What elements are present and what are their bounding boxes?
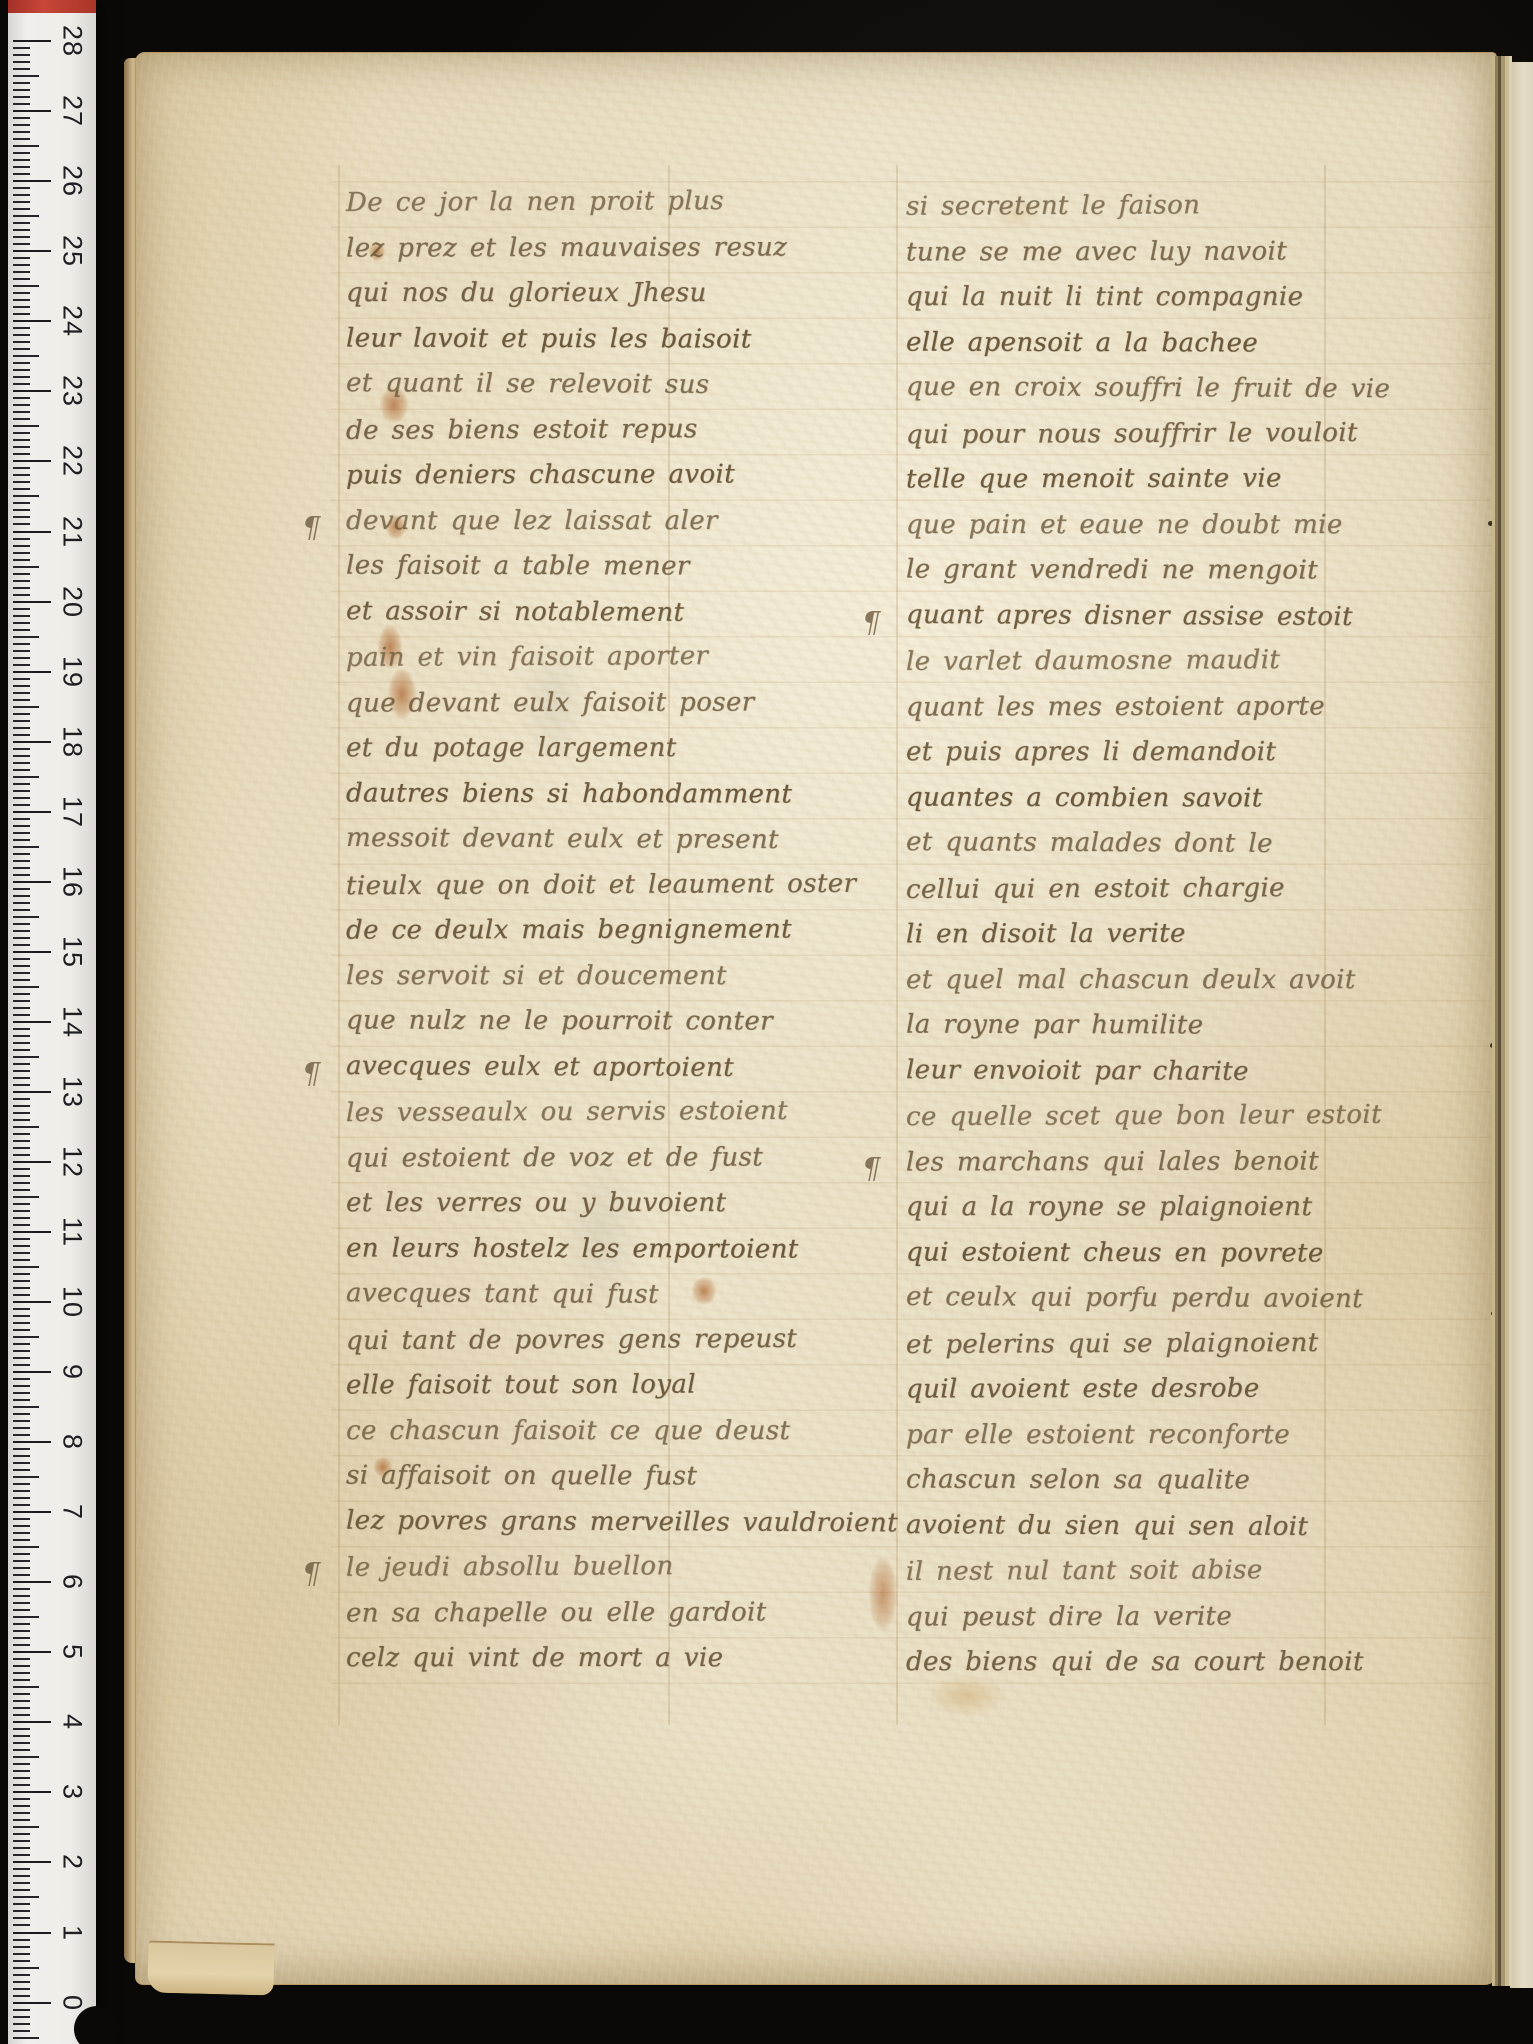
ruler-tick: [13, 552, 30, 554]
ruler-number: 2: [57, 1854, 88, 1870]
ruler-number: 18: [57, 726, 88, 758]
facing-page-edge: [1510, 62, 1533, 1988]
ruler-tick: [13, 601, 51, 603]
ruler-tick: [13, 1665, 30, 1667]
ruler-tick: [13, 306, 30, 308]
ruler-tick: [13, 110, 51, 112]
ruler-tick: [13, 257, 30, 259]
ruler-tick: [13, 832, 30, 834]
manuscript-text-line: telle que menoit sainte vie: [906, 466, 1282, 493]
ruler-number: 28: [57, 25, 88, 57]
ruler-tick: [13, 1658, 30, 1660]
ruler-tick: [13, 236, 30, 238]
ruler-tick: [13, 657, 30, 659]
ruler-tick: [13, 96, 30, 98]
ruler-tick: [13, 2009, 30, 2011]
ruler-tick: [13, 1518, 30, 1520]
ruler-tick: [13, 1490, 30, 1492]
manuscript-text-line: chascun selon sa qualite: [906, 1467, 1250, 1494]
ruler-number: 11: [57, 1217, 88, 1247]
ruler-tick: [13, 1721, 51, 1723]
manuscript-text-line: elle faisoit tout son loyal: [346, 1372, 696, 1399]
manuscript-text-line: si secretent le faison: [906, 192, 1200, 219]
ruler-tick: [13, 1784, 30, 1786]
ruler-tick: [13, 54, 30, 56]
ruler-tick: [13, 208, 30, 210]
ruler-tick: [13, 629, 30, 631]
ruler-tick: [13, 1672, 30, 1674]
manuscript-text-line: et assoir si notablement: [346, 598, 685, 626]
ruler-tick: [13, 348, 30, 350]
manuscript-text-line: le varlet daumosne maudit: [906, 647, 1280, 675]
ruler-tick: [13, 285, 39, 287]
column-ruling-line: [338, 165, 340, 1725]
ruler-tick: [13, 1819, 30, 1821]
ruler-tick: [13, 1574, 30, 1576]
manuscript-text-line: et quant il se relevoit sus: [346, 370, 710, 398]
ruler-tick: [13, 1273, 30, 1275]
ruler-tick: [13, 159, 30, 161]
manuscript-text-line: avoient du sien qui sen aloit: [906, 1512, 1308, 1540]
ruler-tick: [13, 1035, 30, 1037]
ruler-tick: [13, 615, 30, 617]
ruler-tick: [13, 1854, 30, 1856]
ruler-tick: [13, 692, 30, 694]
manuscript-text-line: leur envoioit par charite: [906, 1057, 1249, 1085]
ruler-tick: [13, 797, 30, 799]
manuscript-text-line: tune se me avec luy navoit: [906, 238, 1287, 265]
ruler-tick: [13, 1329, 30, 1331]
ruler-tick: [13, 278, 30, 280]
ruler-tick: [13, 867, 30, 869]
manuscript-text-line: en sa chapelle ou elle gardoit: [346, 1599, 767, 1626]
ruler-tick: [13, 1434, 30, 1436]
ruler-tick: [13, 488, 30, 490]
ruler-tick: [13, 811, 51, 813]
ruler-tick: [13, 1098, 30, 1100]
manuscript-text-line: de ce deulx mais begnignement: [346, 916, 792, 943]
manuscript-text-line: lez povres grans merveilles vauldroient: [346, 1507, 898, 1536]
manuscript-text-line: qui estoient de voz et de fust: [346, 1144, 763, 1171]
ruler-tick: [13, 1917, 30, 1919]
manuscript-text-line: par elle estoient reconforte: [906, 1422, 1290, 1448]
ruler-tick: [13, 250, 51, 252]
ruler-tick: [13, 1728, 30, 1730]
ruler-tick: [13, 636, 39, 638]
ruler-tick: [13, 1567, 30, 1569]
ruler-tick: [13, 1259, 30, 1261]
ruler-tick: [13, 1119, 30, 1121]
ruler-tick: [13, 1175, 30, 1177]
ruler-tick: [13, 1000, 30, 1002]
ruler-tick: [13, 495, 39, 497]
ruler-tick: [13, 1140, 30, 1142]
ruler-tick: [13, 1224, 30, 1226]
ruler-tick: [13, 1967, 39, 1969]
ruler-tick: [13, 1602, 30, 1604]
ruler-number: 4: [57, 1714, 88, 1730]
ruler-tick: [13, 215, 39, 217]
binding-gutter: [1492, 56, 1512, 1986]
ruler-number: 25: [57, 235, 88, 267]
ruler-tick: [13, 1112, 30, 1114]
ruler-number: 3: [57, 1784, 88, 1800]
ruler-tick: [13, 594, 30, 596]
ruler-tick: [13, 846, 39, 848]
ruler-tick: [13, 972, 30, 974]
ruler-tick: [13, 1826, 39, 1828]
ruler-tick: [13, 1105, 30, 1107]
ruler-tick: [13, 538, 30, 540]
manuscript-text-line: qui peust dire la verite: [906, 1603, 1232, 1630]
ruler-tick: [13, 61, 30, 63]
ruler-tick: [13, 1392, 30, 1394]
ruler-tick: [13, 531, 51, 533]
ruler-tick: [13, 439, 30, 441]
ruler-tick: [13, 418, 30, 420]
ruler-tick: [13, 355, 39, 357]
manuscript-text-line: ce chascun faisoit ce que deust: [346, 1418, 790, 1444]
ruler-tick: [13, 783, 30, 785]
ruler-tick: [13, 1539, 30, 1541]
ruler-tick: [13, 1840, 30, 1842]
ruler-tick: [13, 1651, 51, 1653]
ruler-tick: [13, 790, 30, 792]
ruler-tick: [13, 874, 30, 876]
ruler-tick: [13, 1462, 30, 1464]
ruler-tick: [13, 1126, 39, 1128]
ruler-tick: [13, 958, 30, 960]
ruler-tick: [13, 643, 30, 645]
manuscript-text-line: quantes a combien savoit: [906, 784, 1263, 811]
manuscript-text-line: de ses biens estoit repus: [346, 416, 698, 444]
ruler-tick: [13, 930, 30, 932]
ruler-tick: [13, 720, 30, 722]
ruler-tick: [13, 860, 30, 862]
ruler-number: 16: [57, 866, 88, 898]
ruler-tick: [13, 1063, 30, 1065]
ruler-tick: [13, 713, 30, 715]
ruler-tick: [13, 369, 30, 371]
ruler-tick: [13, 573, 30, 575]
ruler-tick: [13, 587, 30, 589]
ruler-tick: [13, 804, 30, 806]
ruler-tick: [13, 446, 30, 448]
manuscript-text-line: qui estoient cheus en povrete: [906, 1239, 1324, 1266]
ruler-tick: [13, 1413, 30, 1415]
ruler-tick: [13, 40, 51, 42]
ruler-tick: [13, 1203, 30, 1205]
ruler-tick: [13, 194, 30, 196]
ruler-tick: [13, 706, 39, 708]
ruler-tick: [13, 1343, 30, 1345]
ruler-tick: [13, 993, 30, 995]
ruler-tick: [13, 243, 30, 245]
ruler-tick: [13, 411, 30, 413]
ruler-tick: [13, 117, 30, 119]
ruler-tick: [13, 1189, 30, 1191]
ruler-tick: [13, 678, 30, 680]
ruler-tick: [13, 1357, 30, 1359]
manuscript-text-line: que nulz ne le pourroit conter: [346, 1007, 773, 1034]
column-ruling-line: [896, 165, 898, 1725]
ruler-tick: [13, 481, 30, 483]
ruler-tick: [13, 1448, 30, 1450]
manuscript-text-line: et quants malades dont le: [906, 829, 1273, 857]
ruler-tick: [13, 1805, 30, 1807]
ruler-tick: [13, 1812, 30, 1814]
ruler-tick: [13, 1497, 30, 1499]
ruler-tick: [13, 727, 30, 729]
ruler-tick: [13, 1742, 30, 1744]
manuscript-text-line: il nest nul tant soit abise: [906, 1557, 1263, 1585]
ruler-tick: [13, 1476, 39, 1478]
manuscript-text-line: avecques eulx et aportoient: [346, 1053, 734, 1081]
ruler-tick: [13, 1588, 30, 1590]
ruler-tick: [13, 1147, 30, 1149]
ruler-tick: [13, 1049, 30, 1051]
ruler-tick: [13, 1252, 30, 1254]
ruler-number: 5: [57, 1644, 88, 1660]
ruler-tick: [13, 1504, 30, 1506]
ruler-tick: [13, 327, 30, 329]
ruler-number: 17: [57, 796, 88, 828]
ruler-tick: [13, 1686, 39, 1688]
ruler-tick: [13, 1441, 51, 1443]
ruler-number: 13: [57, 1076, 88, 1108]
ruler-tick: [13, 145, 39, 147]
ruler-tick: [13, 671, 51, 673]
manuscript-text-line: et pelerins qui se plaignoient: [906, 1329, 1319, 1357]
ruler-tick: [13, 916, 39, 918]
manuscript-text-line: elle apensoit a la bachee: [906, 329, 1258, 356]
ruler-tick: [13, 1238, 30, 1240]
ruler-tick: [13, 502, 30, 504]
ruler-tick: [13, 1420, 30, 1422]
under-page-corner: [147, 1940, 274, 1995]
ruler-tick: [13, 404, 30, 406]
ruler-tick: [13, 341, 30, 343]
ruler-tick: [13, 376, 30, 378]
ruler-tick: [13, 1511, 51, 1513]
ruler-tick: [13, 1084, 30, 1086]
ruler-tick: [13, 362, 30, 364]
manuscript-text-line: qui a la royne se plaignoient: [906, 1194, 1312, 1220]
manuscript-text-line: qui tant de povres gens repeust: [346, 1325, 797, 1353]
ruler-tick: [13, 131, 30, 133]
manuscript-text-line: et du potage largement: [346, 735, 677, 761]
ruler-tick: [13, 622, 30, 624]
ruler-tick: [13, 853, 30, 855]
paragraph-mark: ¶: [302, 1056, 320, 1090]
ruler-tick: [13, 937, 30, 939]
ruler-tick: [13, 1770, 30, 1772]
ruler-number: 26: [57, 165, 88, 197]
ruler-tick: [13, 1280, 30, 1282]
ruler-tick: [13, 1882, 30, 1884]
manuscript-text-line: que devant eulx faisoit poser: [346, 689, 755, 716]
ruler-number: 15: [57, 936, 88, 968]
ruler-tick: [13, 187, 30, 189]
manuscript-text-line: qui pour nous souffrir le vouloit: [906, 419, 1358, 447]
ruler-tick: [13, 1644, 30, 1646]
ruler-tick: [13, 124, 30, 126]
ruler-tick: [13, 545, 30, 547]
ruler-tick: [13, 762, 30, 764]
ruler-tick: [13, 1974, 30, 1976]
ruler-tick: [13, 1995, 30, 1997]
ruler-tick: [13, 2023, 30, 2025]
ruler-tick: [13, 1946, 30, 1948]
manuscript-text-line: des biens qui de sa court benoit: [906, 1649, 1364, 1675]
ruler-tick: [13, 839, 30, 841]
ruler-tick: [13, 1070, 30, 1072]
manuscript-text-line: qui nos du glorieux Jhesu: [346, 280, 707, 306]
ruler-tick: [13, 664, 30, 666]
ruler-tick: [13, 103, 30, 105]
ruler-tick: [13, 523, 30, 525]
ruler-tick: [13, 734, 30, 736]
manuscript-text-line: en leurs hostelz les emportoient: [346, 1235, 799, 1262]
ruler-tick: [13, 923, 30, 925]
ruler-tick: [13, 2016, 30, 2018]
ruler-bottom-shadow: [74, 2006, 120, 2044]
ruler-tick: [13, 1532, 30, 1534]
ruler-tick: [13, 1336, 39, 1338]
ruler-tick: [13, 1553, 30, 1555]
ruler-tick: [13, 1217, 30, 1219]
manuscript-text-line: pain et vin faisoit aporter: [346, 643, 708, 671]
ruler-tick: [13, 1007, 30, 1009]
manuscript-text-line: quil avoient este desrobe: [906, 1376, 1260, 1403]
manuscript-text-line: li en disoit la verite: [906, 921, 1186, 948]
ruler-tick: [13, 292, 30, 294]
ruler-tick: [13, 138, 30, 140]
ruler-tick: [13, 1833, 30, 1835]
manuscript-text-line: les faisoit a table mener: [346, 553, 690, 580]
ruler-tick: [13, 68, 30, 70]
ruler-tick: [13, 1609, 30, 1611]
ruler-tick: [13, 1182, 30, 1184]
ruler-tick: [13, 1014, 30, 1016]
ruler-tick: [13, 1875, 30, 1877]
photograph-black-backdrop: { "ruler": { "numbers": ["0","1","2","3"…: [0, 0, 1533, 2044]
ruler-tick: [13, 1322, 30, 1324]
manuscript-text-line: et puis apres li demandoit: [906, 739, 1276, 765]
ruler-tick: [13, 685, 30, 687]
ruler-tick: [13, 1231, 51, 1233]
ruler-tick: [13, 825, 30, 827]
ruler-tick: [13, 1133, 30, 1135]
ruler-tick: [13, 895, 30, 897]
ruler-number: 12: [57, 1146, 88, 1178]
ruler-tick: [13, 1714, 30, 1716]
manuscript-page: De ce jor la nen proit pluslez prez et l…: [135, 52, 1497, 1985]
paragraph-mark: ¶: [302, 510, 320, 544]
ruler-number: 22: [57, 445, 88, 477]
ruler-tick: [13, 1981, 30, 1983]
ruler-number: 24: [57, 305, 88, 337]
ruler-tick: [13, 166, 30, 168]
ruler-tick: [13, 909, 30, 911]
ruler-number: 14: [57, 1006, 88, 1038]
ruler-tick: [13, 1196, 39, 1198]
ruler-tick: [13, 1616, 39, 1618]
manuscript-text-line: De ce jor la nen proit plus: [346, 188, 724, 216]
ruler-tick: [13, 271, 30, 273]
ruler-tick: [13, 1021, 51, 1023]
ruler-tick: [13, 1154, 30, 1156]
ruler-number: 21: [57, 515, 88, 547]
ruler-number: 7: [57, 1504, 88, 1520]
ruler-tick: [13, 769, 30, 771]
ruler-tick: [13, 1707, 30, 1709]
manuscript-text-line: le grant vendredi ne mengoit: [906, 556, 1318, 583]
manuscript-text-line: puis deniers chascune avoit: [346, 462, 735, 489]
ruler-tick: [13, 650, 30, 652]
ruler-tick: [13, 1378, 30, 1380]
ruler-tick: [13, 1960, 30, 1962]
ruler-tick: [13, 1693, 30, 1695]
ruler-tick: [13, 1735, 30, 1737]
measuring-ruler: 0123456789101112131415161718192021222324…: [8, 0, 96, 2044]
ruler-tick: [13, 75, 39, 77]
ruler-tick: [13, 1399, 30, 1401]
ruler-tick: [13, 1560, 30, 1562]
ruler-tick: [13, 1953, 30, 1955]
ruler-tick: [13, 313, 30, 315]
ruler-tick: [13, 755, 30, 757]
ruler-tick: [13, 1749, 30, 1751]
ruler-number: 1: [57, 1924, 88, 1940]
paragraph-mark: ¶: [862, 1151, 880, 1185]
manuscript-text-line: les vesseaulx ou servis estoient: [346, 1098, 788, 1126]
ruler-tick: [13, 82, 30, 84]
ruler-tick: [13, 1315, 30, 1317]
ruler-tick: [13, 1988, 30, 1990]
manuscript-text-line: que en croix souffri le fruit de vie: [906, 374, 1390, 402]
ruler-tick: [13, 1847, 30, 1849]
ruler-tick: [13, 951, 51, 953]
ruler-tick: [13, 566, 39, 568]
ruler-tick: [13, 173, 30, 175]
ruler-tick: [13, 1910, 30, 1912]
ruler-number: 9: [57, 1364, 88, 1380]
ruler-tick: [13, 453, 30, 455]
ruler-tick: [13, 1210, 30, 1212]
ruler-tick: [13, 888, 30, 890]
ruler-tick: [13, 320, 51, 322]
ruler-tick: [13, 1525, 30, 1527]
ruler-tick: [13, 383, 30, 385]
ruler-tick: [13, 1455, 30, 1457]
ruler-number: 6: [57, 1574, 88, 1590]
ruler-tick: [13, 1791, 51, 1793]
manuscript-text-line: lez prez et les mauvaises resuz: [346, 234, 787, 261]
ruler-tick: [13, 1371, 51, 1373]
ruler-tick: [13, 881, 51, 883]
ruler-red-cap: [8, 0, 96, 13]
ruler-tick: [13, 460, 51, 462]
manuscript-text-line: et les verres ou y buvoient: [346, 1190, 726, 1216]
ruler-tick: [13, 1595, 30, 1597]
manuscript-text-line: que pain et eaue ne doubt mie: [906, 512, 1343, 538]
manuscript-text-line: avecques tant qui fust: [346, 1280, 659, 1308]
manuscript-text-line: celz qui vint de mort a vie: [346, 1645, 723, 1671]
ruler-tick: [13, 2037, 39, 2039]
ruler-tick: [13, 979, 30, 981]
ruler-tick: [13, 1483, 30, 1485]
